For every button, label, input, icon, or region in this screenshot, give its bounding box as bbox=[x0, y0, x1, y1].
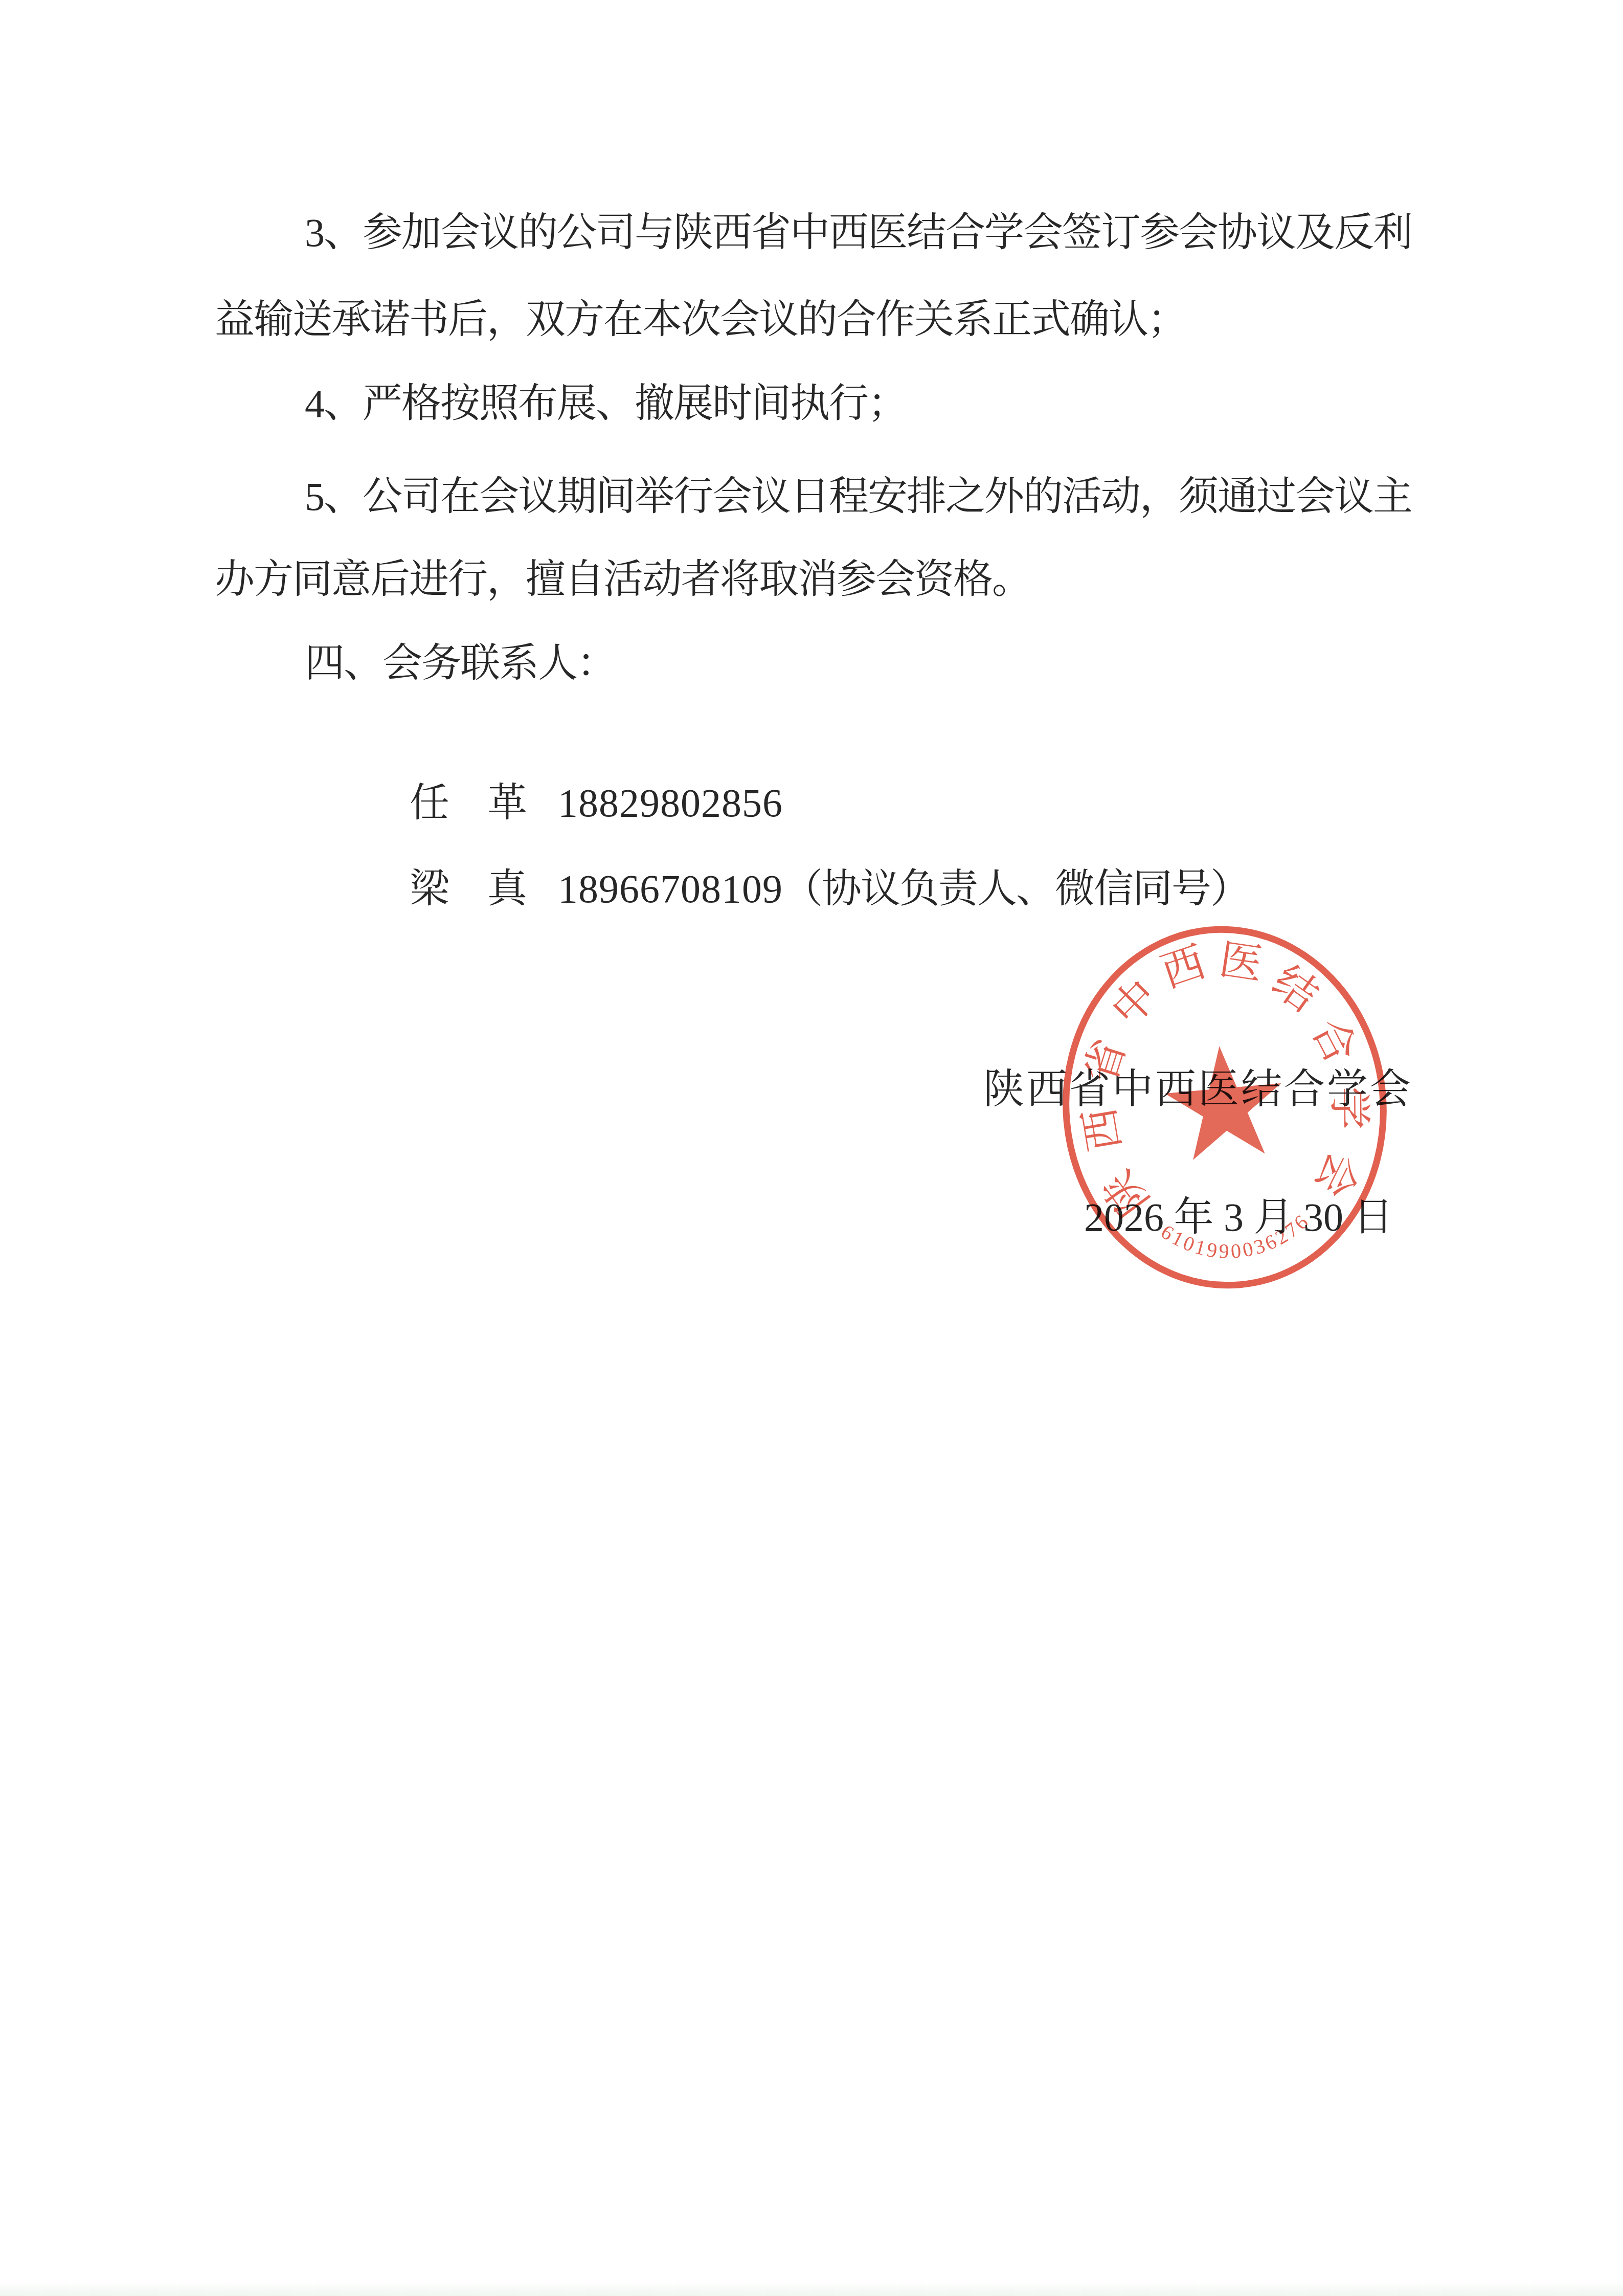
paragraph-3-line-1: 3、参加会议的公司与陕西省中西医结合学会签订参会协议及反利 bbox=[305, 206, 1412, 260]
seal-ring-char: 西 bbox=[1076, 1104, 1130, 1154]
seal-ring-char: 医 bbox=[1216, 936, 1266, 989]
section-heading-contacts: 四、会务联系人： bbox=[305, 636, 616, 690]
paragraph-5-line-1: 5、公司在会议期间举行会议日程安排之外的活动，须通过会议主 bbox=[305, 470, 1412, 524]
seal-ring-char: 学 bbox=[1324, 1086, 1372, 1130]
contact-name: 梁 真 bbox=[410, 866, 526, 911]
paragraph-5-line-2: 办方同意后进行，擅自活动者将取消参会资格。 bbox=[215, 552, 1031, 607]
red-star-icon bbox=[1161, 1041, 1287, 1162]
paragraph-3-line-2: 益输送承诺书后，双方在本次会议的合作关系正式确认； bbox=[215, 293, 1186, 347]
seal-ring-char: 合 bbox=[1303, 1011, 1365, 1071]
seal-ring-char: 西 bbox=[1156, 938, 1211, 997]
official-seal: 陕西省中西医结合学会 6101990036276 bbox=[1020, 903, 1429, 1312]
scanned-document-page: 3、参加会议的公司与陕西省中西医结合学会签订参会协议及反利 益输送承诺书后，双方… bbox=[0, 0, 1623, 2296]
seal-group: 陕西省中西医结合学会 6101990036276 bbox=[1051, 916, 1398, 1298]
seal-serial: 6101990036276 bbox=[1156, 1208, 1317, 1269]
contact-phone: 18966708109 bbox=[558, 866, 783, 911]
seal-ring-char: 会 bbox=[1305, 1145, 1367, 1205]
seal-ring-char: 省 bbox=[1077, 1034, 1135, 1089]
paragraph-4-line-1: 4、严格按照布展、撤展时间执行； bbox=[305, 376, 907, 431]
scan-edge-artifact bbox=[0, 2282, 1623, 2296]
